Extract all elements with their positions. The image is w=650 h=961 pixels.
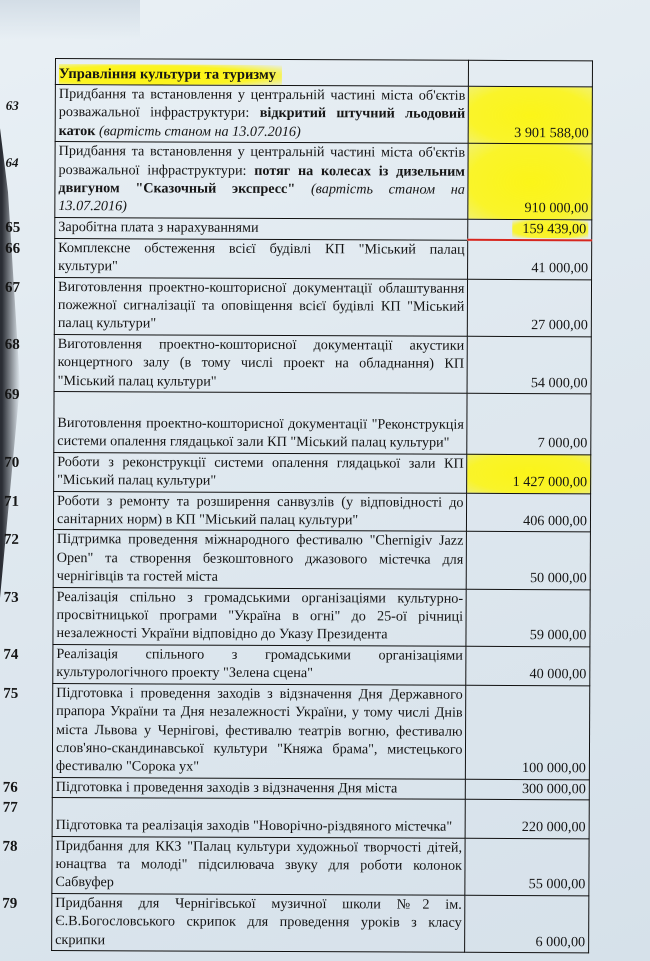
row-description: Виготовлення проектно-кошторисної докуме…: [58, 336, 465, 390]
row-description-cell: 68 Виготовлення проектно-кошторисної док…: [54, 334, 468, 393]
row-number: 70: [4, 454, 48, 473]
row-amount-cell: 54 000,00: [468, 336, 592, 394]
description-text: Виготовлення проектно-кошторисної докуме…: [57, 415, 464, 451]
row-description-cell: 75 Підготовка і проведення заходів з від…: [52, 683, 466, 779]
row-description: Придбання для Чернігівської музичної шко…: [55, 895, 462, 948]
row-description: Реалізація спільного з громадськими орга…: [56, 646, 463, 682]
table-row: 63 Придбання та встановлення у центральн…: [55, 85, 592, 145]
row-number: 66: [5, 240, 49, 259]
description-text: Придбання для Чернігівської музичної шко…: [55, 895, 462, 948]
table-row: 78 Придбання для ККЗ "Палац культури худ…: [52, 836, 589, 896]
row-description-cell: 76 Підготовка і проведення заходів з від…: [52, 777, 466, 799]
row-description: Комплексне обстеження всієї будівлі КП "…: [58, 240, 465, 275]
row-description-cell: 69 Виготовлення проектно-кошторисної док…: [54, 391, 468, 454]
description-text: Придбання для ККЗ "Палац культури художн…: [55, 838, 462, 891]
row-description: Виготовлення проектно-кошторисної докуме…: [58, 279, 465, 332]
row-description-cell: 63 Придбання та встановлення у центральн…: [55, 85, 469, 144]
table-row: 74 Реалізація спільного з громадськими о…: [53, 644, 590, 685]
table-row: 76 Підготовка і проведення заходів з від…: [52, 777, 589, 800]
budget-table: Управління культури та туризму 63 Придба…: [51, 58, 593, 953]
table-row: 68 Виготовлення проектно-кошторисної док…: [54, 334, 591, 394]
row-amount: 406 000,00: [523, 513, 587, 529]
row-number: 69: [4, 386, 48, 405]
description-italic: (вартість станом на 13.07.2016): [95, 123, 300, 140]
row-description: Підтримка проведення міжнародного фестив…: [57, 531, 464, 585]
row-amount-cell: 220 000,00: [466, 799, 590, 838]
row-description-cell: 67 Виготовлення проектно-кошторисної док…: [54, 277, 468, 336]
row-description: Підготовка та реалізація заходів "Новорі…: [56, 817, 453, 835]
row-amount: 1 427 000,00: [513, 474, 588, 490]
row-description: Виготовлення проектно-кошторисної докуме…: [57, 415, 464, 451]
row-description-cell: 72 Підтримка проведення міжнародного фес…: [53, 530, 467, 589]
row-description: Придбання для ККЗ "Палац культури художн…: [55, 838, 462, 891]
row-description-cell: 66 Комплексне обстеження всієї будівлі К…: [55, 238, 469, 279]
row-amount: 159 439,00: [512, 220, 588, 239]
row-description: Роботи з ремонту та розширення санвузлів…: [57, 493, 464, 529]
row-amount-cell: 59 000,00: [466, 589, 590, 647]
row-amount-cell: 6 000,00: [465, 895, 589, 953]
row-amount: 6 000,00: [535, 934, 585, 950]
table-row: 72 Підтримка проведення міжнародного фес…: [53, 530, 590, 590]
table-row: 71 Роботи з ремонту та розширення санвуз…: [53, 491, 590, 532]
table-row: 79 Придбання для Чернігівської музичної …: [52, 893, 589, 953]
row-number: 64: [6, 154, 50, 173]
row-amount: 27 000,00: [531, 317, 588, 333]
row-description: Підготовка і проведення заходів з відзна…: [56, 779, 398, 796]
row-number: 75: [3, 684, 47, 703]
row-amount: 55 000,00: [529, 876, 586, 892]
row-description-cell: 65 Заробітна плата з нарахуваннями: [55, 217, 469, 240]
description-text: Роботи з ремонту та розширення санвузлів…: [57, 493, 464, 529]
row-description: Роботи з реконструкції системи опалення …: [57, 454, 464, 489]
section-title: Управління культури та туризму: [59, 64, 282, 85]
row-description-cell: 77 Підготовка та реалізація заходів "Нов…: [52, 798, 466, 838]
row-amount: 41 000,00: [531, 260, 588, 276]
row-amount-cell: 3 901 588,00: [469, 86, 593, 144]
row-amount: 910 000,00: [524, 200, 588, 216]
row-number: 79: [2, 895, 46, 914]
row-amount-cell: 300 000,00: [466, 779, 590, 800]
section-title-cell: Управління культури та туризму: [55, 59, 469, 87]
description-text: Виготовлення проектно-кошторисної докуме…: [58, 279, 465, 332]
row-description: Реалізація спільно з громадськими органі…: [56, 589, 463, 643]
row-number: 73: [4, 588, 48, 607]
document-page: Управління культури та туризму 63 Придба…: [0, 0, 650, 961]
row-description: Придбання та встановлення у центральній …: [58, 143, 465, 215]
row-number: 77: [3, 799, 47, 818]
row-number: 74: [3, 646, 47, 665]
row-amount: 3 901 588,00: [514, 125, 589, 141]
row-number: 67: [5, 278, 49, 297]
table-row: 75 Підготовка і проведення заходів з від…: [52, 683, 589, 779]
table-row: 69 Виготовлення проектно-кошторисної док…: [54, 391, 591, 454]
row-number: 63: [6, 97, 50, 116]
row-amount: 40 000,00: [530, 666, 587, 682]
row-amount-cell: 40 000,00: [466, 646, 590, 685]
row-description-cell: 70 Роботи з реконструкції системи опален…: [54, 452, 468, 493]
row-description-cell: 78 Придбання для ККЗ "Палац культури худ…: [52, 836, 466, 895]
row-description: Заробітна плата з нарахуваннями: [58, 219, 258, 236]
row-number: 65: [5, 219, 49, 238]
row-description: Підготовка і проведення заходів з відзна…: [56, 685, 463, 775]
table-row: 65 Заробітна плата з нарахуваннями 159 4…: [55, 217, 592, 240]
row-amount-cell: 50 000,00: [467, 532, 591, 590]
description-text: Заробітна плата з нарахуваннями: [58, 219, 258, 236]
row-amount: 50 000,00: [530, 570, 587, 586]
row-amount-cell: 910 000,00: [468, 144, 592, 220]
row-number: 72: [4, 531, 48, 550]
description-text: Реалізація спільного з громадськими орга…: [56, 646, 463, 682]
row-amount-cell: 159 439,00: [468, 219, 592, 240]
row-number: 68: [5, 336, 49, 355]
table-row: 64 Придбання та встановлення у центральн…: [55, 142, 592, 220]
row-amount-cell: 55 000,00: [465, 838, 589, 896]
row-description-cell: 74 Реалізація спільного з громадськими о…: [53, 644, 467, 685]
row-amount: 220 000,00: [522, 819, 586, 835]
row-amount-cell: 41 000,00: [468, 240, 592, 279]
row-number: 76: [3, 778, 47, 797]
row-amount: 100 000,00: [522, 760, 586, 776]
row-amount-cell: 100 000,00: [466, 685, 590, 780]
table-row: 67 Виготовлення проектно-кошторисної док…: [54, 277, 591, 337]
description-text: Підготовка та реалізація заходів "Новорі…: [56, 817, 453, 835]
table-row: 66 Комплексне обстеження всієї будівлі К…: [55, 238, 592, 279]
description-text: Підтримка проведення міжнародного фестив…: [57, 531, 464, 585]
row-amount: 54 000,00: [531, 375, 588, 391]
section-header-row: Управління культури та туризму: [55, 59, 592, 87]
row-number: 71: [4, 492, 48, 511]
row-description-cell: 73 Реалізація спільно з громадськими орг…: [53, 587, 467, 646]
description-text: Підготовка і проведення заходів з відзна…: [56, 779, 398, 796]
row-amount-cell: 7 000,00: [467, 393, 591, 454]
table-row: 73 Реалізація спільно з громадськими орг…: [53, 587, 590, 647]
table-row: 77 Підготовка та реалізація заходів "Нов…: [52, 798, 589, 839]
description-text: Комплексне обстеження всієї будівлі КП "…: [58, 240, 465, 275]
row-amount: 7 000,00: [538, 436, 588, 452]
row-description-cell: 79 Придбання для Чернігівської музичної …: [52, 893, 466, 952]
description-text: Виготовлення проектно-кошторисної докуме…: [58, 336, 465, 390]
table-row: 70 Роботи з реконструкції системи опален…: [54, 452, 591, 493]
row-amount-cell: 27 000,00: [468, 279, 592, 337]
row-amount-cell: 406 000,00: [467, 493, 591, 532]
description-text: Підготовка і проведення заходів з відзна…: [56, 685, 463, 775]
row-amount: 300 000,00: [522, 781, 586, 797]
row-description-cell: 64 Придбання та встановлення у центральн…: [55, 142, 469, 219]
section-amount-cell: [469, 60, 593, 87]
row-amount: 59 000,00: [530, 628, 587, 644]
description-text: Роботи з реконструкції системи опалення …: [57, 454, 464, 489]
row-number: 78: [3, 837, 47, 856]
row-description-cell: 71 Роботи з ремонту та розширення санвуз…: [53, 491, 467, 532]
row-description: Придбання та встановлення у центральній …: [59, 86, 466, 140]
row-amount-cell: 1 427 000,00: [467, 454, 591, 493]
description-text: Реалізація спільно з громадськими органі…: [56, 589, 463, 643]
